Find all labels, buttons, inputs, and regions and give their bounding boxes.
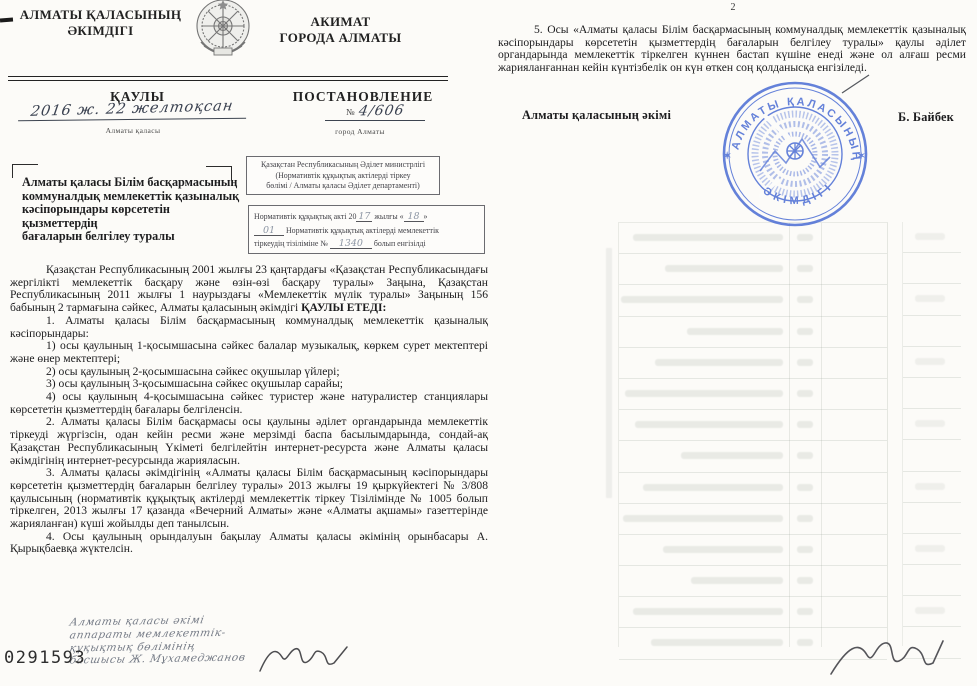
paragraph-1: 1. Алматы қаласы Білім басқармасының ком… bbox=[10, 315, 488, 340]
ghost-text-blob bbox=[687, 328, 783, 335]
ghost-number-blob bbox=[797, 484, 813, 491]
ghost-row bbox=[903, 347, 961, 378]
paragraph-5: 5. Осы «Алматы қаласы Білім басқармасыны… bbox=[498, 24, 966, 75]
ghost-number-blob bbox=[797, 296, 813, 303]
coat-of-arms-icon bbox=[194, 0, 252, 64]
number-field: № 4/606 bbox=[325, 102, 425, 121]
ghost-cell-blob bbox=[915, 295, 945, 302]
letterhead-org-ru: АКИМАТ ГОРОДА АЛМАТЫ bbox=[248, 14, 433, 45]
ghost-cell-blob bbox=[915, 233, 945, 240]
ghost-row bbox=[903, 440, 961, 471]
stamp-form-line1: Нормативтік құқықтық акті 2017 жылғы «18… bbox=[254, 210, 480, 224]
ghost-row bbox=[903, 222, 961, 253]
note-line: басшысы Ж. Мұхамеджанов bbox=[68, 652, 246, 668]
title-line: коммуналдық мемлекеттік қазыналық bbox=[22, 190, 242, 204]
list-item-4: 4) осы қаулының 4-қосымшасына сәйкес тур… bbox=[10, 391, 488, 416]
ghost-number-blob bbox=[797, 452, 813, 459]
blank-serial-number: 0291593 bbox=[4, 648, 86, 668]
stamp-form-text: Нормативтік құқықтық актілерді мемлекетт… bbox=[286, 226, 439, 235]
signature-scribble-page2 bbox=[828, 634, 946, 680]
date-handwritten-field: 2016 ж. 22 желтоқсан bbox=[18, 99, 246, 121]
ghost-row bbox=[619, 348, 887, 379]
ghost-text-blob bbox=[621, 296, 783, 303]
org-kk-line2: ӘКІМДІГІ bbox=[8, 23, 193, 39]
justice-registration-stamp-form: Нормативтік құқықтық акті 2017 жылғы «18… bbox=[248, 205, 485, 254]
stamp-head-line2: (Нормативтік құқықтық актілерді тіркеу bbox=[249, 171, 437, 182]
ghost-text-blob bbox=[651, 639, 783, 646]
stamp-form-text: Нормативтік құқықтық акті 20 bbox=[254, 212, 356, 221]
letterhead-rule bbox=[8, 76, 448, 81]
ghost-row bbox=[619, 473, 887, 504]
decree-body: Қазақстан Республикасының 2001 жылғы 23 … bbox=[10, 264, 488, 556]
ghost-cell-blob bbox=[915, 545, 945, 552]
ghost-cell-blob bbox=[915, 483, 945, 490]
date-handwritten: 2016 ж. 22 желтоқсан bbox=[29, 98, 234, 120]
ghost-text-blob bbox=[663, 546, 783, 553]
ghost-row bbox=[619, 379, 887, 410]
ghost-row bbox=[903, 284, 961, 315]
ghost-row bbox=[619, 535, 887, 566]
stamp-month-handwritten: 01 bbox=[254, 227, 284, 236]
stamp-head-line1: Қазақстан Республикасының Әділет министр… bbox=[249, 160, 437, 171]
ghost-text-blob bbox=[633, 234, 783, 241]
ghost-text-blob bbox=[681, 452, 783, 459]
ghost-row bbox=[903, 378, 961, 409]
ghost-row bbox=[903, 503, 961, 534]
official-blue-seal: АЛМАТЫ ҚАЛАСЫНЫҢ ӘКІМДІГІ ✶ ✶ bbox=[720, 79, 870, 229]
ghost-row bbox=[903, 253, 961, 284]
stamp-regno-handwritten: 1340 bbox=[330, 240, 372, 249]
ghost-row bbox=[619, 441, 887, 472]
ghost-text-blob bbox=[643, 484, 783, 491]
ghost-text-blob bbox=[623, 515, 783, 522]
ghost-text-blob bbox=[665, 265, 783, 272]
ghost-number-blob bbox=[797, 328, 813, 335]
ghost-row bbox=[619, 566, 887, 597]
ghost-row bbox=[619, 317, 887, 348]
list-item-1: 1) осы қаулының 1-қосымшасына сәйкес бал… bbox=[10, 340, 488, 365]
number-handwritten: 4/606 bbox=[357, 103, 405, 120]
bleedthrough-ghost-table bbox=[618, 222, 888, 647]
ghost-row bbox=[619, 285, 887, 316]
bleedthrough-ghost-column bbox=[902, 222, 961, 646]
ghost-row bbox=[903, 316, 961, 347]
ghost-row bbox=[619, 254, 887, 285]
ghost-number-blob bbox=[797, 234, 813, 241]
ghost-row bbox=[619, 597, 887, 628]
ghost-cell-blob bbox=[915, 420, 945, 427]
stamp-form-text: жылғы « bbox=[374, 212, 403, 221]
ghost-number-blob bbox=[797, 421, 813, 428]
stamp-year-handwritten: 17 bbox=[356, 213, 372, 222]
stamp-form-text: » bbox=[424, 212, 428, 221]
ghost-row bbox=[903, 409, 961, 440]
ghost-row bbox=[903, 565, 961, 596]
ghost-row bbox=[903, 472, 961, 503]
ghost-text-blob bbox=[655, 359, 783, 366]
stamp-head-line3: бөлімі / Алматы қаласы Әділет департамен… bbox=[249, 181, 437, 192]
signer-name: Б. Байбек bbox=[898, 110, 954, 125]
title-line: кәсіпорындары көрсететін қызметтердің bbox=[22, 203, 242, 230]
ghost-number-blob bbox=[797, 577, 813, 584]
ghost-cell-blob bbox=[915, 607, 945, 614]
ghost-row bbox=[619, 410, 887, 441]
preamble-text: Қазақстан Республикасының 2001 жылғы 23 … bbox=[10, 263, 488, 314]
handwritten-note: Алматы қаласы әкімі аппараты мемлекеттік… bbox=[70, 615, 245, 666]
justice-registration-stamp-header: Қазақстан Республикасының Әділет министр… bbox=[246, 156, 440, 195]
stamp-form-line2: 01 Нормативтік құқықтық актілерді мемлек… bbox=[254, 224, 480, 238]
paragraph-2: 2. Алматы қаласы Білім басқармасы осы қа… bbox=[10, 416, 488, 467]
ghost-text-blob bbox=[625, 390, 783, 397]
signature-scribble-page1 bbox=[258, 640, 350, 676]
stamp-day-handwritten: 18 bbox=[404, 213, 424, 222]
ghost-text-blob bbox=[635, 421, 783, 428]
signer-title: Алматы қаласының әкімі bbox=[522, 108, 671, 123]
ghost-number-blob bbox=[797, 359, 813, 366]
letterhead-org-kk: АЛМАТЫ ҚАЛАСЫНЫҢ ӘКІМДІГІ bbox=[8, 7, 193, 38]
ghost-number-blob bbox=[797, 546, 813, 553]
ghost-row bbox=[903, 534, 961, 565]
number-label: № bbox=[346, 107, 355, 117]
org-kk-line1: АЛМАТЫ ҚАЛАСЫНЫҢ bbox=[8, 7, 193, 23]
title-line: бағаларын белгілеу туралы bbox=[22, 230, 242, 244]
stamp-form-line3: тіркеудің тізіліміне № 1340 болып енгізі… bbox=[254, 237, 480, 251]
bleedthrough-sidebar bbox=[606, 248, 612, 498]
stamp-form-text: болып енгізілді bbox=[374, 239, 426, 248]
stamp-form-text: тіркеудің тізіліміне № bbox=[254, 239, 328, 248]
scanned-decree-document: АЛМАТЫ ҚАЛАСЫНЫҢ ӘКІМДІГІ АКИМАТ ГОРОДА … bbox=[0, 0, 977, 686]
decree-title: Алматы қаласы Білім басқармасының коммун… bbox=[22, 176, 242, 244]
title-line: Алматы қаласы Білім басқармасының bbox=[22, 176, 242, 190]
ghost-number-blob bbox=[797, 265, 813, 272]
ghost-number-blob bbox=[797, 390, 813, 397]
ghost-number-blob bbox=[797, 608, 813, 615]
org-ru-line1: АКИМАТ bbox=[248, 14, 433, 30]
ghost-row bbox=[619, 504, 887, 535]
place-ru: город Алматы bbox=[300, 127, 420, 136]
ghost-text-blob bbox=[691, 577, 783, 584]
page-number: 2 bbox=[723, 2, 743, 13]
seal-star-left: ✶ bbox=[723, 151, 731, 162]
org-ru-line2: ГОРОДА АЛМАТЫ bbox=[248, 30, 433, 46]
ghost-cell-blob bbox=[915, 358, 945, 365]
paragraph-3: 3. Алматы қаласы әкімдігінің «Алматы қал… bbox=[10, 467, 488, 531]
paragraph-preamble: Қазақстан Республикасының 2001 жылғы 23 … bbox=[10, 264, 488, 315]
ghost-row bbox=[903, 596, 961, 627]
paragraph-4: 4. Осы қаулының орындалуын бақылау Алмат… bbox=[10, 531, 488, 556]
place-kk: Алматы қаласы bbox=[58, 126, 208, 135]
ghost-text-blob bbox=[633, 608, 783, 615]
resolves-keyword: ҚАУЛЫ ЕТЕДІ: bbox=[301, 301, 386, 314]
page2-body: 5. Осы «Алматы қаласы Білім басқармасыны… bbox=[498, 24, 966, 75]
ghost-number-blob bbox=[797, 639, 813, 646]
seal-star-right: ✶ bbox=[857, 151, 865, 162]
ghost-number-blob bbox=[797, 515, 813, 522]
